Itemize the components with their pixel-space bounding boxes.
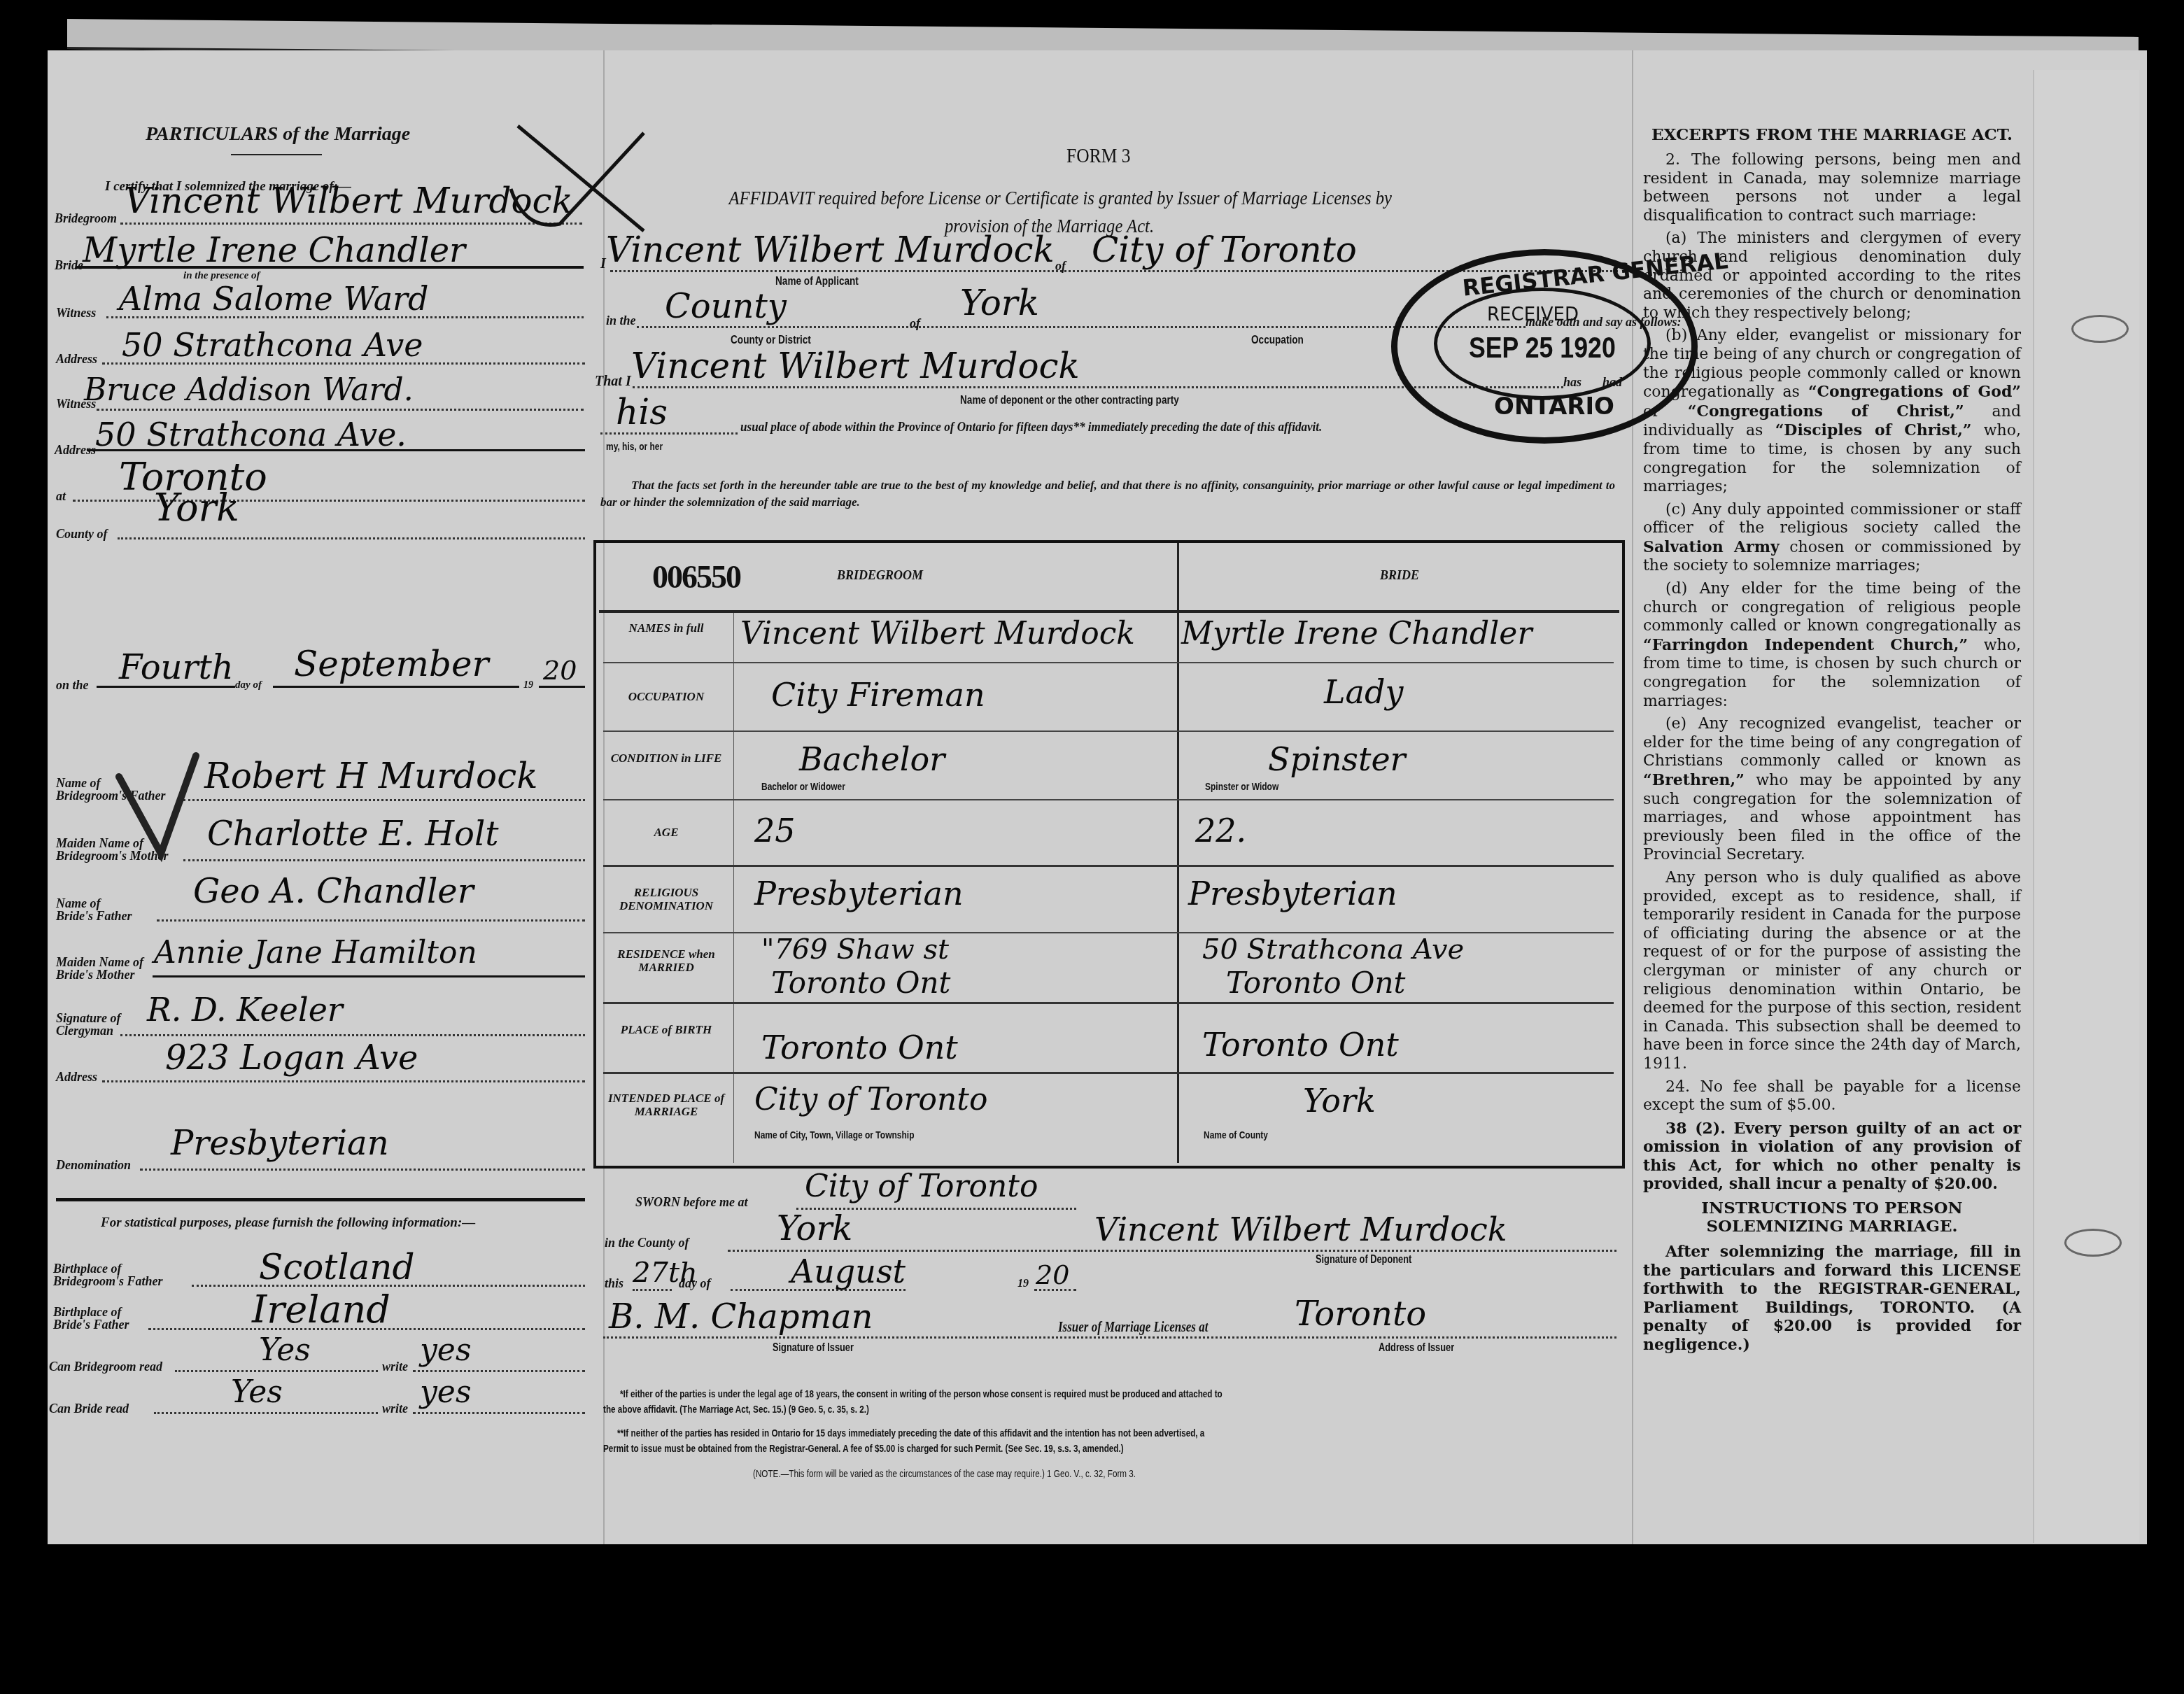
clause-e-bold: “Brethren,”: [1643, 771, 1745, 789]
sworn-year-prefix: 19: [1017, 1278, 1029, 1290]
county-type: County: [665, 287, 787, 326]
stamp-bottom: ONTARIO: [1494, 393, 1614, 421]
bride-occupation: Lady: [1324, 673, 1403, 711]
footnote-3: (NOTE.—This form will be varied as the c…: [753, 1468, 1136, 1480]
row-label-occupation: OCCUPATION: [596, 690, 736, 703]
sworn-county-line: [728, 1250, 1076, 1252]
deponent-caption: Signature of Deponent: [1316, 1254, 1411, 1266]
row-sep: [603, 1002, 1614, 1004]
bride-birthplace: Toronto Ont: [1202, 1026, 1399, 1064]
issuer-address: Toronto: [1295, 1294, 1426, 1334]
bride-father-line: [157, 919, 585, 922]
date-day-of-label: day of: [235, 679, 262, 692]
groom-father-birthplace-value: Scotland: [259, 1247, 414, 1287]
clause-d-bold: “Farringdon Independent Church,”: [1643, 636, 1968, 654]
groom-write-value: yes: [420, 1332, 471, 1368]
line2-of: of: [910, 316, 920, 331]
clause-c-bold: Salvation Army: [1643, 538, 1780, 556]
clause-b-bold-2: “Congregations of Christ,”: [1688, 402, 1964, 421]
bride-age: 22.: [1195, 812, 1246, 849]
form-number: FORM 3: [1066, 144, 1130, 168]
stamp-date: SEP 25 1920: [1469, 331, 1616, 365]
groom-mother-value: Charlotte E. Holt: [207, 814, 499, 854]
row-label-denomination: RELIGIOUS DENOMINATION: [596, 886, 736, 912]
date-day-value: Fourth: [119, 648, 234, 687]
sworn-this-label: this: [605, 1276, 624, 1291]
bride-father-value: Geo A. Chandler: [193, 872, 474, 911]
clergyman-signature-value: R. D. Keeler: [147, 991, 343, 1029]
abode-text: usual place of abode within the Province…: [740, 420, 1322, 435]
groom-birthplace: Toronto Ont: [761, 1029, 958, 1066]
groom-read-line: [175, 1370, 378, 1372]
line2-rule: [637, 326, 1526, 328]
groom-age: 25: [754, 812, 796, 849]
section-24: 24. No fee shall be payable for a licens…: [1643, 1078, 2021, 1115]
pronoun-caption: my, his, or her: [606, 441, 663, 453]
deponent-signature: Vincent Wilbert Murdock: [1094, 1210, 1507, 1248]
row-sep: [603, 1072, 1614, 1074]
groom-read-label: Can Bridegroom read: [49, 1360, 162, 1374]
bride-father-label-2: Bride's Father: [56, 910, 132, 923]
sworn-year-value: 20: [1036, 1259, 1069, 1290]
sworn-month-value: August: [791, 1252, 906, 1290]
date-year-value: 20: [543, 655, 577, 686]
clause-b-bold-1: “Congregations of God”: [1808, 383, 2021, 401]
bride-write-line: [413, 1412, 585, 1414]
clause-e: (e) Any recognized evangelist, teacher o…: [1643, 715, 2021, 865]
year-line: [539, 686, 585, 688]
clause-c-text: (c) Any duly appointed commissioner or s…: [1643, 501, 2021, 537]
row-label-age: AGE: [596, 826, 736, 839]
pronoun-value: his: [616, 392, 668, 432]
groom-names: Vincent Wilbert Murdock: [740, 616, 1135, 651]
clergyman-address-line: [102, 1080, 585, 1082]
column-divider: [1177, 543, 1179, 1163]
witness2-value: Bruce Addison Ward.: [84, 372, 414, 408]
bridegroom-label: Bridegroom: [55, 212, 117, 225]
bride-denomination: Presbyterian: [1188, 875, 1397, 912]
sworn-day-line: [633, 1289, 672, 1291]
county-line: [118, 537, 585, 539]
footnote-1b: the above affidavit. (The Marriage Act, …: [603, 1404, 869, 1416]
clause-b: (b) Any elder, evangelist or missionary …: [1643, 327, 2021, 496]
excerpts-section: EXCERPTS FROM THE MARRIAGE ACT. 2. The f…: [1643, 126, 2021, 1359]
clergyman-address-label: Address: [56, 1071, 97, 1084]
occupation-caption: Occupation: [1251, 333, 1304, 347]
denomination-value: Presbyterian: [171, 1124, 389, 1163]
stamp-received: RECEIVED: [1487, 304, 1579, 325]
date-year-prefix: 19: [523, 679, 533, 692]
row-label-birthplace: PLACE of BIRTH: [596, 1023, 736, 1036]
bride-read-value: Yes: [231, 1374, 283, 1410]
clause-c: (c) Any duly appointed commissioner or s…: [1643, 501, 2021, 576]
bride-mother-line: [153, 975, 585, 977]
clergyman-address-value: 923 Logan Ave: [165, 1038, 418, 1078]
sworn-day-of-label: day of: [679, 1276, 710, 1291]
issuer-line: [603, 1336, 1616, 1339]
county-label: County of: [56, 528, 108, 541]
instructions-text: After solemnizing the marriage, fill in …: [1643, 1243, 2021, 1355]
deponent-signature-line: [1078, 1250, 1616, 1252]
groom-read-value: Yes: [259, 1332, 311, 1368]
instructions-title: INSTRUCTIONS TO PERSON SOLEMNIZING MARRI…: [1643, 1199, 2021, 1236]
clause-b-text-2: or: [1643, 403, 1688, 421]
clergyman-signature-label-2: Clergyman: [56, 1024, 113, 1038]
cross-mark-icon: [504, 112, 658, 245]
serial-number: 006550: [652, 558, 740, 595]
groom-write-line: [413, 1370, 585, 1372]
clergyman-signature-line: [120, 1034, 585, 1036]
groom-denomination: Presbyterian: [754, 875, 964, 912]
row-sep: [603, 799, 1614, 800]
clause-d-text: (d) Any elder for the time being of the …: [1643, 580, 2021, 635]
punch-hole-top: [2071, 315, 2129, 343]
bride-residence-city: Toronto Ont: [1226, 966, 1405, 1000]
applicant-name: Vincent Wilbert Murdock: [606, 230, 1055, 270]
county-caption: County or District: [731, 333, 811, 347]
issuer-caption: Signature of Issuer: [773, 1342, 854, 1355]
issuer-signature: B. M. Chapman: [609, 1297, 873, 1336]
bride-condition-caption: Spinster or Widow: [1205, 781, 1278, 793]
bride-mother-value: Annie Jane Hamilton: [154, 935, 477, 970]
groom-condition-caption: Bachelor or Widower: [761, 781, 845, 793]
bride-condition: Spinster: [1268, 740, 1406, 778]
title-rule: [231, 154, 322, 155]
intended-city-caption: Name of City, Town, Village or Township: [754, 1129, 914, 1141]
bride-value: Myrtle Irene Chandler: [83, 231, 465, 270]
row-label-intended-place: INTENDED PLACE of MARRIAGE: [596, 1092, 736, 1118]
at-line: [73, 500, 585, 502]
line4-rule: [600, 432, 738, 435]
checkmark-icon: [112, 749, 210, 868]
witness1-value: Alma Salome Ward: [119, 280, 429, 318]
county-value: York: [154, 486, 239, 530]
bride-read-label: Can Bride read: [49, 1402, 129, 1416]
bride-father-birthplace-value: Ireland: [252, 1287, 390, 1332]
clause-b-bold-3: “Disciples of Christ,”: [1775, 421, 1972, 439]
line2-prefix: in the: [606, 313, 636, 328]
month-line: [273, 686, 519, 688]
sworn-county-value: York: [777, 1209, 852, 1248]
facts-text: That the facts set forth in the hereunde…: [600, 477, 1615, 511]
witness2-line: [97, 409, 584, 411]
bride-write-value: yes: [420, 1374, 471, 1410]
excerpts-title: EXCERPTS FROM THE MARRIAGE ACT.: [1643, 126, 2021, 144]
row-label-residence: RESIDENCE when MARRIED: [596, 947, 736, 974]
clause-d: (d) Any elder for the time being of the …: [1643, 580, 2021, 711]
section-2-intro: 2. The following persons, being men and …: [1643, 151, 2021, 225]
sworn-at-label: SWORN before me at: [635, 1195, 748, 1210]
bride-write-label: write: [382, 1402, 408, 1416]
groom-mother-line: [183, 859, 585, 861]
bride-residence: 50 Strathcona Ave: [1202, 933, 1464, 966]
deponent-name: Vincent Wilbert Murdock: [631, 346, 1080, 386]
groom-residence: "769 Shaw st: [761, 933, 949, 966]
denomination-line: [140, 1169, 585, 1171]
groom-intended-place: City of Toronto: [754, 1082, 987, 1117]
particulars-table: 006550 BRIDEGROOM BRIDE NAMES in full Vi…: [593, 540, 1625, 1169]
bride-father-birthplace-label-2: Bride's Father: [53, 1318, 129, 1332]
sworn-at-value: City of Toronto: [805, 1169, 1038, 1204]
clause-a: (a) The ministers and clergymen of every…: [1643, 230, 2021, 323]
bride-mother-label-2: Bride's Mother: [56, 968, 135, 982]
at-label: at: [56, 490, 66, 503]
particulars-title: PARTICULARS of the Marriage: [146, 123, 410, 146]
groom-occupation: City Fireman: [771, 676, 985, 714]
groom-residence-city: Toronto Ont: [771, 966, 950, 1000]
groom-write-label: write: [382, 1360, 408, 1374]
address1-value: 50 Strathcona Ave: [122, 326, 423, 364]
footnote-2a: **If neither of the parties has resided …: [617, 1427, 1204, 1439]
affidavit-heading-1: AFFIDAVIT required before License or Cer…: [635, 188, 1485, 210]
row-sep: [603, 865, 1614, 867]
footnote-2b: Permit to issue must be obtained from th…: [603, 1443, 1124, 1455]
groom-father-value: Robert H Murdock: [204, 756, 537, 796]
bride-intended-place: York: [1303, 1082, 1376, 1120]
line1-prefix: I: [600, 256, 606, 272]
denomination-label: Denomination: [56, 1159, 131, 1172]
affidavit-county: York: [960, 283, 1039, 323]
row-sep: [603, 730, 1614, 732]
bride-names: Myrtle Irene Chandler: [1181, 616, 1532, 651]
clause-e-text: (e) Any recognized evangelist, teacher o…: [1643, 715, 2021, 770]
groom-father-line: [183, 799, 585, 801]
any-person-clause: Any person who is duly qualified as abov…: [1643, 869, 2021, 1074]
applicant-caption: Name of Applicant: [775, 274, 859, 288]
row-sep: [603, 662, 1614, 663]
deponent-caption: Name of deponent or the other contractin…: [960, 393, 1179, 407]
punch-hole-bottom: [2064, 1229, 2122, 1257]
intended-county-caption: Name of County: [1204, 1129, 1268, 1141]
groom-condition: Bachelor: [799, 740, 945, 778]
footnote-1a: *If either of the parties is under the l…: [620, 1388, 1223, 1400]
column-header-bride: BRIDE: [1380, 568, 1419, 583]
row-label-condition: CONDITION in LIFE: [596, 751, 736, 765]
witness1-label: Witness: [56, 306, 96, 320]
address2-value: 50 Strathcona Ave.: [95, 416, 407, 453]
line3-prefix: That I: [595, 374, 631, 390]
section-double-rule: [56, 1198, 585, 1201]
date-on-label: on the: [56, 679, 89, 692]
sworn-county-label: in the County of: [605, 1236, 689, 1250]
section-38: 38 (2). Every person guilty of an act or…: [1643, 1120, 2021, 1194]
statistical-intro: For statistical purposes, please furnish…: [56, 1215, 585, 1231]
groom-father-birthplace-label-2: Bridegroom's Father: [53, 1275, 163, 1288]
row-label-names: NAMES in full: [596, 621, 736, 635]
applicant-place: City of Toronto: [1092, 230, 1357, 270]
address1-label: Address: [56, 353, 97, 366]
issuer-label: Issuer of Marriage Licenses at: [1058, 1320, 1208, 1336]
line1-of: of: [1055, 259, 1066, 274]
address-caption: Address of Issuer: [1379, 1342, 1454, 1355]
date-month-value: September: [294, 644, 488, 684]
column-header-bridegroom: BRIDEGROOM: [837, 568, 923, 583]
header-rule: [599, 610, 1619, 613]
paper-stub: [2033, 70, 2139, 1543]
bride-read-line: [154, 1412, 378, 1414]
